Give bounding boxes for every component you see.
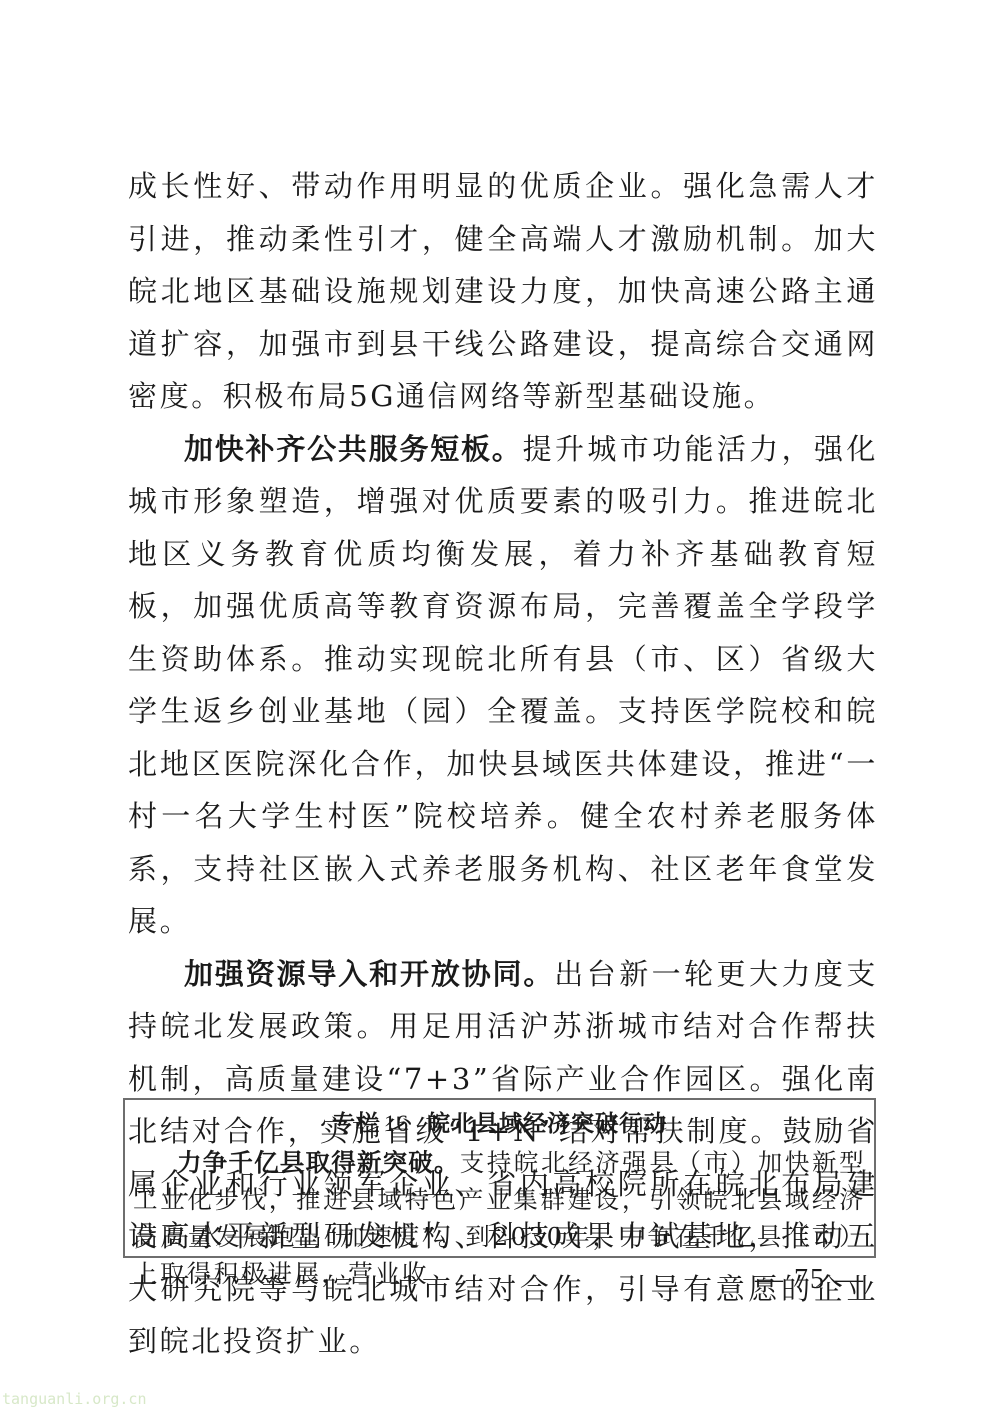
paragraph-public-services-heading: 加快补齐公共服务短板。 xyxy=(184,432,523,466)
column-box-heading: 皖北县域经济突破行动 xyxy=(427,1111,667,1137)
paragraph-public-services: 加快补齐公共服务短板。提升城市功能活力，强化城市形象塑造，增强对优质要素的吸引力… xyxy=(128,423,878,948)
paragraph-resource-import-heading: 加强资源导入和开放协同。 xyxy=(184,957,554,991)
paragraph-public-services-text: 提升城市功能活力，强化城市形象塑造，增强对优质要素的吸引力。推进皖北地区义务教育… xyxy=(128,432,878,939)
column-box: 专栏16皖北县域经济突破行动 力争千亿县取得新突破。支持皖北经济强县（市）加快新… xyxy=(123,1098,876,1258)
watermark: tanguanli.org.cn xyxy=(2,1390,147,1408)
page-number: — 75 — xyxy=(755,1264,865,1296)
document-page: 成长性好、带动作用明显的优质企业。强化急需人才引进，推动柔性引才，健全高端人才激… xyxy=(0,0,1000,1414)
column-box-number: 16 xyxy=(384,1111,409,1136)
column-box-title: 专栏16皖北县域经济突破行动 xyxy=(133,1104,866,1144)
column-box-label: 专栏 xyxy=(332,1111,380,1137)
paragraph-1: 成长性好、带动作用明显的优质企业。强化急需人才引进，推动柔性引才，健全高端人才激… xyxy=(128,160,878,423)
column-box-lead: 力争千亿县取得新突破。 xyxy=(177,1148,460,1177)
paragraph-1-text: 成长性好、带动作用明显的优质企业。强化急需人才引进，推动柔性引才，健全高端人才激… xyxy=(128,169,878,413)
